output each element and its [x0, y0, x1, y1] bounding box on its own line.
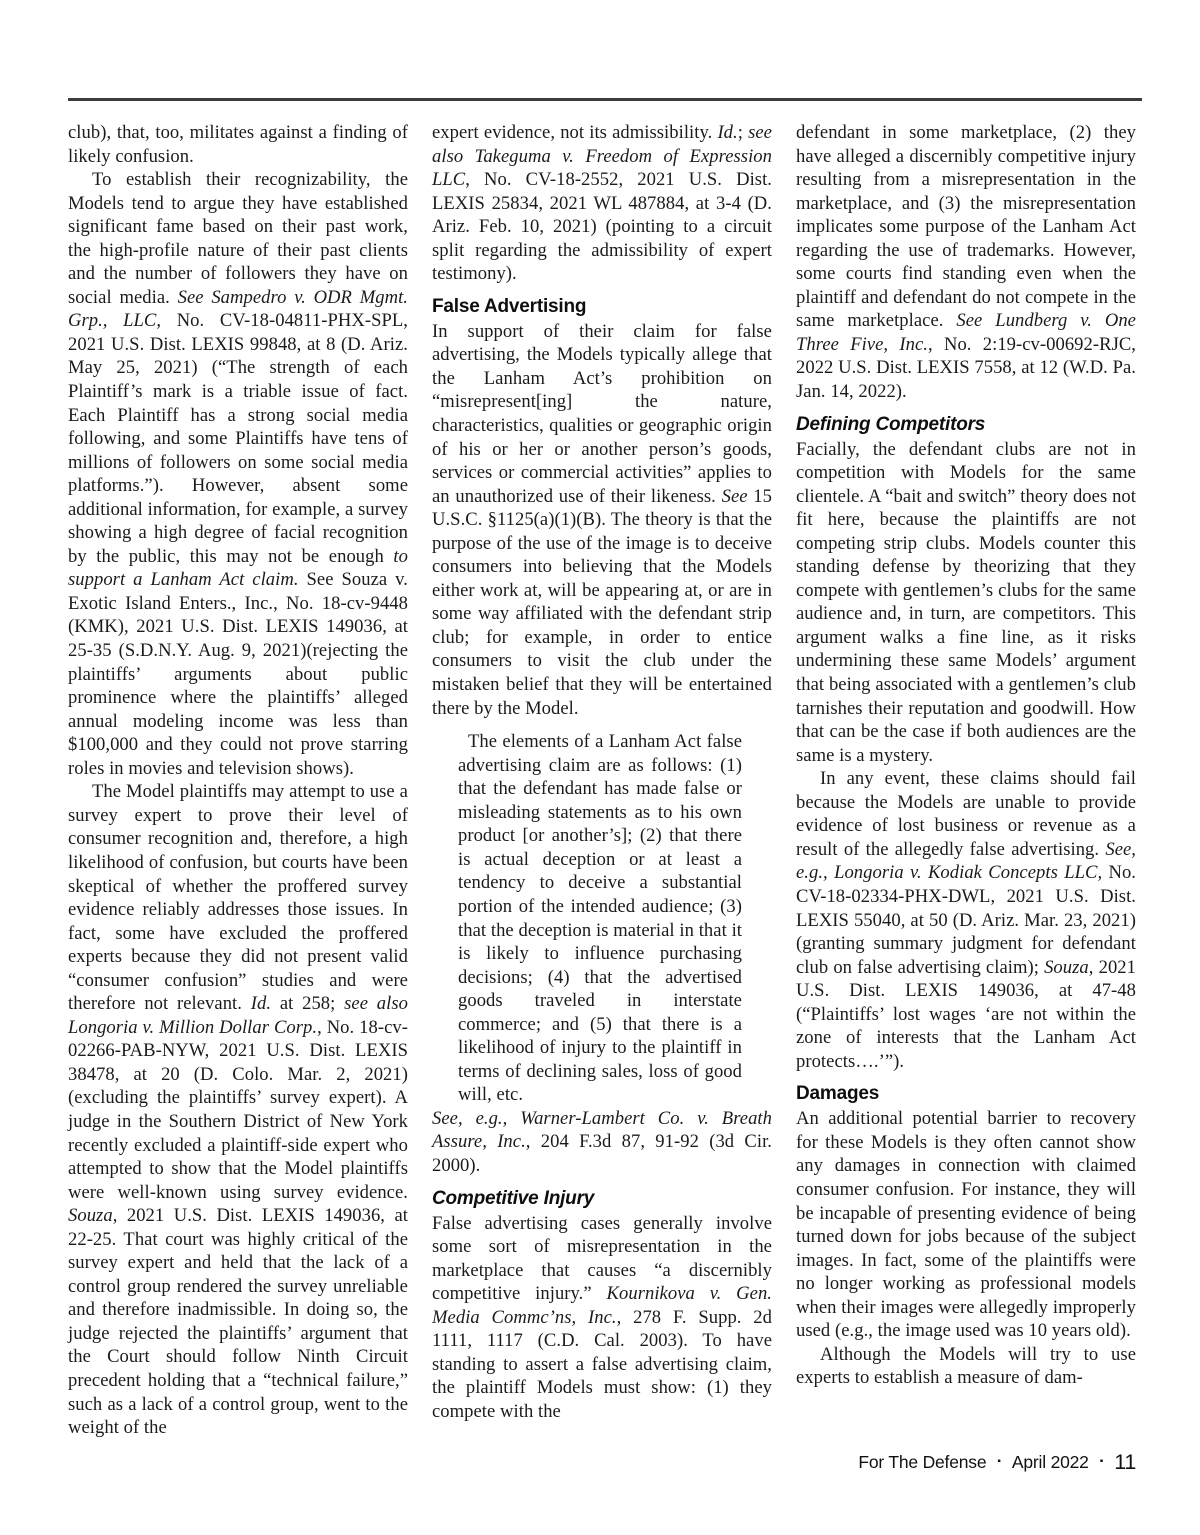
article-column: defendant in some marketplace, (2) they …	[796, 121, 1136, 1440]
text-run: Id.	[251, 993, 271, 1014]
text-run: An additional potential barrier to recov…	[796, 1108, 1136, 1341]
article-paragraph: False advertising cases generally involv…	[432, 1212, 772, 1424]
article-paragraph: An additional potential barrier to recov…	[796, 1107, 1136, 1342]
page-number: 11	[1114, 1450, 1136, 1475]
text-run: See	[722, 486, 748, 507]
text-run: club), that, too, militates against a fi…	[68, 122, 408, 167]
text-run: , 2021 U.S. Dist. LEXIS 149036, at 22-25…	[68, 1205, 408, 1438]
article-body: club), that, too, militates against a fi…	[68, 121, 1136, 1440]
section-heading: Damages	[796, 1082, 1136, 1105]
text-run: In support of their claim for false adve…	[432, 321, 772, 507]
section-heading: False Advertising	[432, 295, 772, 318]
square-bullet-icon: ▪	[1100, 1456, 1104, 1467]
text-run: 15 U.S.C. §1125(a)(1)(B). The theory is …	[432, 486, 772, 719]
article-paragraph: Facially, the defendant clubs are not in…	[796, 438, 1136, 768]
text-run: Facially, the defendant clubs are not in…	[796, 439, 1136, 766]
text-run: at 258;	[271, 993, 344, 1014]
article-paragraph: club), that, too, militates against a fi…	[68, 121, 408, 168]
page-footer: For The Defense ▪ April 2022 ▪ 11	[858, 1450, 1136, 1475]
article-column: expert evidence, not its admissibility. …	[432, 121, 772, 1440]
article-paragraph: Although the Models will try to use expe…	[796, 1343, 1136, 1390]
block-quote: The elements of a Lanham Act false adver…	[458, 730, 742, 1107]
article-paragraph: expert evidence, not its admissibility. …	[432, 121, 772, 286]
article-paragraph: The Model plaintiffs may attempt to use …	[68, 780, 408, 1439]
text-run: Souza	[68, 1205, 113, 1226]
text-run: The elements of a Lanham Act false adver…	[458, 731, 742, 1105]
magazine-page: club), that, too, militates against a fi…	[0, 0, 1200, 1535]
text-run: ;	[738, 122, 748, 143]
article-paragraph: In any event, these claims should fail b…	[796, 767, 1136, 1073]
text-run: , No. CV-18-04811-PHX-SPL, 2021 U.S. Dis…	[68, 310, 408, 566]
text-run: The Model plaintiffs may attempt to use …	[68, 781, 408, 1014]
issue-date: April 2022	[1012, 1452, 1089, 1473]
square-bullet-icon: ▪	[997, 1456, 1001, 1467]
section-heading: Competitive Injury	[432, 1187, 772, 1210]
article-column: club), that, too, militates against a fi…	[68, 121, 408, 1440]
text-run: , No. 18-cv-02266-PAB-NYW, 2021 U.S. Dis…	[68, 1017, 408, 1203]
header-rule	[68, 98, 1142, 101]
text-run: , No. CV-18-2552, 2021 U.S. Dist. LEXIS …	[432, 169, 772, 284]
section-heading: Defining Competitors	[796, 413, 1136, 436]
article-paragraph: defendant in some marketplace, (2) they …	[796, 121, 1136, 404]
publication-name: For The Defense	[858, 1452, 986, 1473]
text-run: Although the Models will try to use expe…	[796, 1344, 1136, 1389]
text-run: See Souza v. Exotic Island Enters., Inc.…	[68, 569, 408, 778]
article-paragraph: To establish their recognizability, the …	[68, 168, 408, 780]
text-run: expert evidence, not its admissibility.	[432, 122, 717, 143]
text-run: defendant in some marketplace, (2) they …	[796, 122, 1136, 331]
text-run: In any event, these claims should fail b…	[796, 768, 1136, 860]
article-paragraph: In support of their claim for false adve…	[432, 320, 772, 720]
article-paragraph: See, e.g., Warner-Lambert Co. v. Breath …	[432, 1107, 772, 1178]
text-run: Souza	[1044, 957, 1089, 978]
text-run: Id.	[717, 122, 737, 143]
